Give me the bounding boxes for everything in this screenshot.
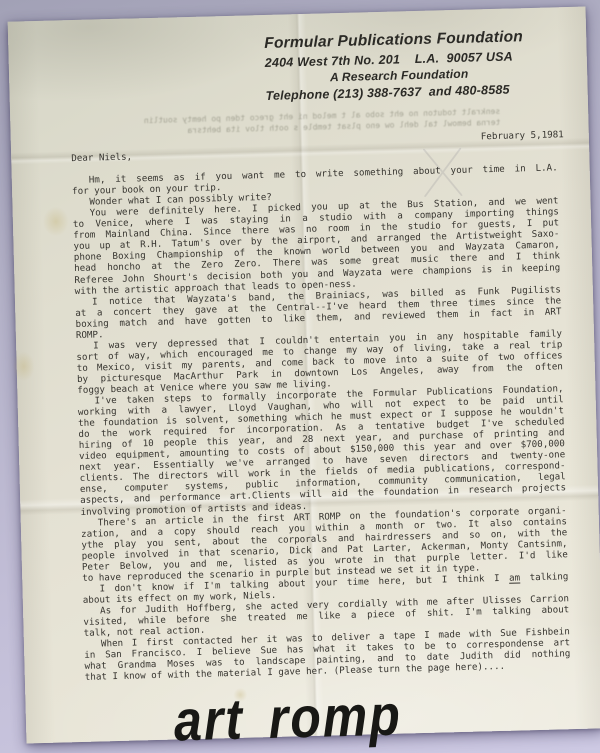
letterhead: Formular Publications Foundation 2404 We…: [264, 28, 534, 103]
photo-background: Formular Publications Foundation 2404 We…: [0, 0, 600, 753]
bleedthrough-line: senkralt toduton no eht sobo al t melod …: [55, 107, 500, 129]
paper-stain: [43, 206, 70, 237]
letterhead-phone: Telephone (213) 388-7637 and 480-8585: [265, 82, 533, 103]
art-romp-logo: art romp: [173, 682, 402, 753]
paper-stain: [12, 351, 35, 382]
letter-body: February 5,1981 Dear Niels, Hm, it seems…: [71, 129, 571, 683]
letter-paper: Formular Publications Foundation 2404 We…: [8, 7, 600, 744]
letter-lines: Hm, it seems as if you want me to write …: [72, 162, 571, 683]
